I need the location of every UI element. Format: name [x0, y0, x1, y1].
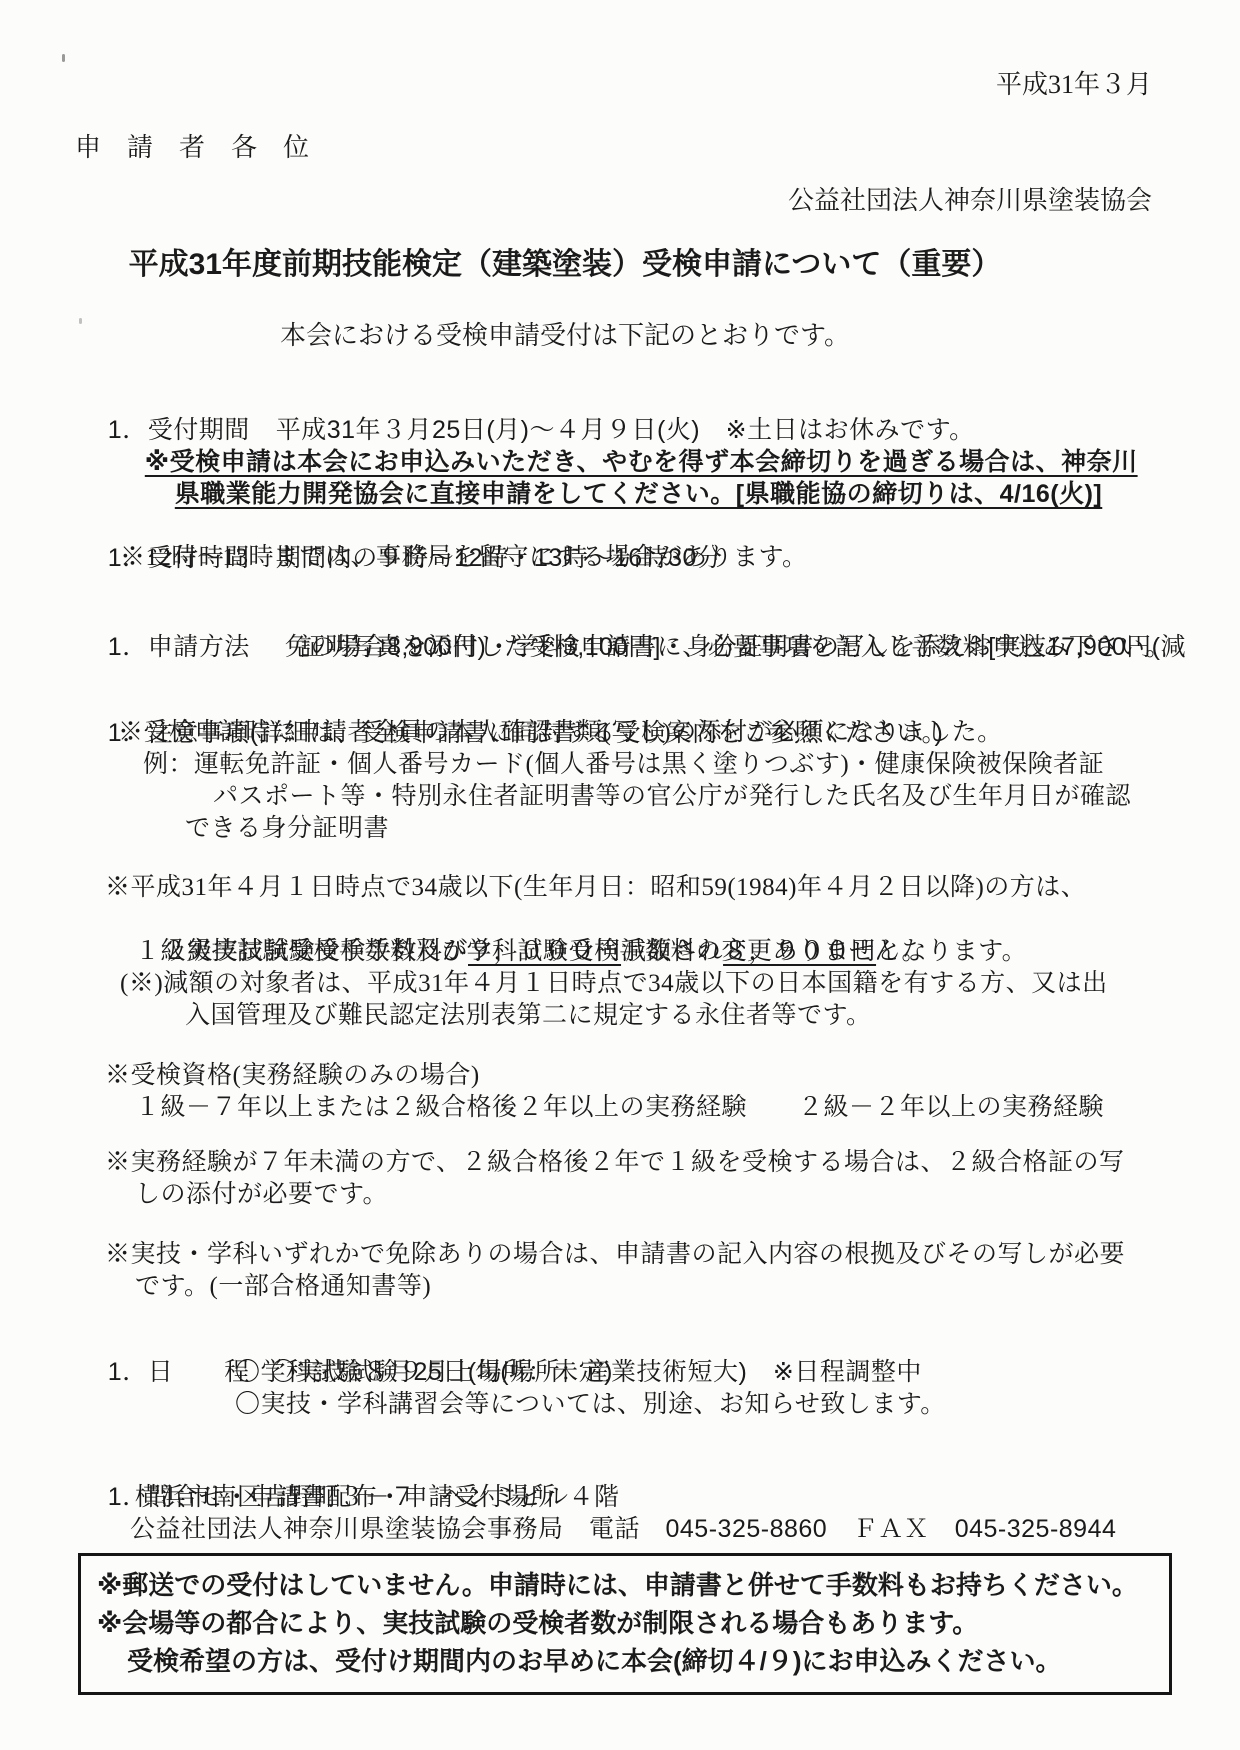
deadline-warning-line1: ※受検申請は本会にお申込みいただき、やむを得ず本会締切りを過ぎる場合は、神奈川	[0, 414, 1240, 446]
notice-no-mail: ※郵送での受付はしていません。申請時には、申請書と併せて手数料もお持ちください。	[97, 1566, 1169, 1604]
id-required-note: ※受検申請時に申請者全員の本人確認書類(写し)の添付が必須になりました。	[0, 717, 1240, 749]
addressee: 申 請 者 各 位	[0, 130, 1240, 164]
discount-eligibility-line1: (※)減額の対象者は、平成31年４月１日時点で34歳以下の日本国籍を有する方、又…	[0, 968, 1240, 1000]
schedule-item2: 〇学科試験８月25日(場所：未定)	[0, 1356, 1240, 1388]
issued-date: 平成31年３月	[0, 68, 1240, 102]
qualification-detail: １級－７年以上または２級合格後２年以上の実務経験 ２級－２年以上の実務経験	[0, 1092, 1240, 1124]
method-line2: 免の場合8,900円)・学科3,100円]・身分証明書の写しを添えお申込み下さい…	[0, 631, 1240, 663]
fee-no-change-note: １級実技試験受検手数料及び学科試験受検手数料の変更ありません。	[0, 936, 1240, 968]
scan-artifact	[62, 54, 65, 62]
notice-box: ※郵送での受付はしていません。申請時には、申請書と併せて手数料もお持ちください。…	[78, 1553, 1172, 1695]
section-application-method: 1．申請方法証明写真を添付した受検申請書に、必要事項を記入し手数料[実技17,9…	[0, 599, 1240, 631]
deadline-warning-line2: 県職業能力開発協会に直接申請をしてください。[県職能協の締切りは、4/16(火)…	[0, 446, 1240, 478]
organization-name: 公益社団法人神奈川県塗装協会	[0, 184, 1240, 218]
discount-eligibility-line2: 入国管理及び難民認定法別表第二に規定する永住者等です。	[0, 1000, 1240, 1032]
section-reception-period: 1．受付期間平成31年３月25日(月)～４月９日(火) ※土日はお休みです。	[0, 382, 1240, 414]
exemption-note-line1: ※実技・学科いずれかで免除ありの場合は、申請書の記入内容の根拠及びその写しが必要	[0, 1239, 1240, 1271]
lunch-closure-note: ※12時～13時までは、事務局を留守にする場合があります。	[0, 542, 1240, 574]
age-discount-note-line1: ※平成31年４月１日時点で34歳以下(生年月日：昭和59(1984)年４月２日以…	[0, 872, 1240, 904]
notice-apply-early: 受検希望の方は、受付け期間内のお早めに本会(締切４/９)にお申込みください。	[97, 1642, 1169, 1680]
id-example-line2: パスポート等・特別永住者証明書等の官公庁が発行した氏名及び生年月日が確認	[0, 781, 1240, 813]
id-example-line1: 例：運転免許証・個人番号カード(個人番号は黒く塗りつぶす)・健康保険被保険者証	[0, 749, 1240, 781]
document-subtitle: 本会における受検申請受付は下記のとおりです。	[280, 318, 850, 352]
experience-note-line2: しの添付が必要です。	[0, 1179, 1240, 1211]
section-schedule: 1．日 程〇実技試験９月上旬(場所：産業技術短大) ※日程調整中	[0, 1324, 1240, 1356]
exemption-note-line2: です。(一部合格通知書等)	[0, 1271, 1240, 1303]
contact-address: 横浜市南区吉野町３－７ ヘンミビル４階	[0, 1481, 1240, 1513]
fee-reduction-line: ２級実技試験受検手数料が９，０００円減額され８，９００円となります。	[0, 904, 1240, 936]
notice-capacity-limit: ※会場等の都合により、実技試験の受検者数が制限される場合もあります。	[97, 1604, 1169, 1642]
contact-office-phone-fax: 公益社団法人神奈川県塗装協会事務局 電話 045-325-8860 ＦＡＸ 04…	[0, 1513, 1240, 1545]
qualification-heading: ※受検資格(実務経験のみの場合)	[0, 1060, 1240, 1092]
section-reception-hours: 1．受付時間期間内の９時～12時・13時～16時30分	[0, 510, 1240, 542]
section-contact: 1．問合せ・申請書配布・申請受付場所	[0, 1449, 1240, 1481]
scan-artifact	[79, 318, 82, 324]
schedule-item3: 〇実技・学科講習会等については、別途、お知らせ致します。	[0, 1388, 1240, 1420]
document-page: 平成31年３月 申 請 者 各 位 公益社団法人神奈川県塗装協会 平成31年度前…	[0, 0, 1240, 1750]
section-notes: 1．注意事項(詳細は、受検申請書に同封する受検案内をご参照ください。)	[0, 685, 1240, 717]
experience-note-line1: ※実務経験が７年未満の方で、２級合格後２年で１級を受検する場合は、２級合格証の写	[0, 1147, 1240, 1179]
document-title: 平成31年度前期技能検定（建築塗装）受検申請について（重要）	[0, 244, 1130, 286]
id-example-line3: できる身分証明書	[0, 813, 1240, 845]
